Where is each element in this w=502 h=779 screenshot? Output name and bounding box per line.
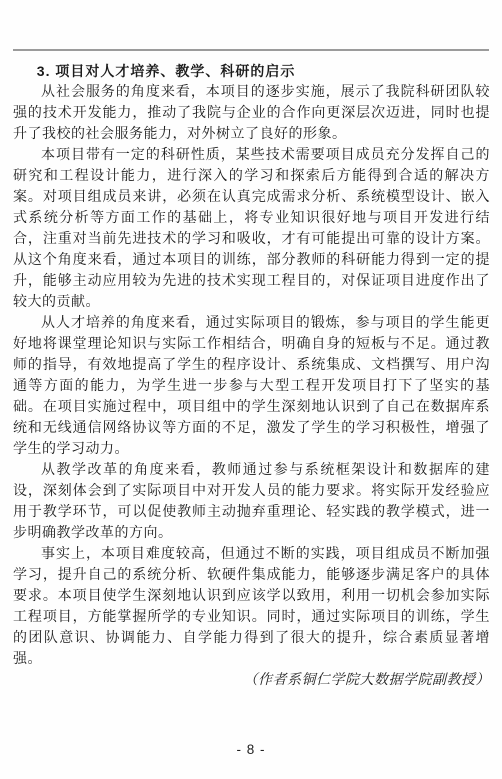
paragraph-teaching-reform: 从教学改革的角度来看，教师通过参与系统框架设计和数据库的建设，深刻体会到了实际项…	[13, 460, 490, 544]
header-divider-rule	[13, 49, 489, 51]
paragraph-research-nature: 本项目带有一定的科研性质，某些技术需要项目成员充分发挥自己的研究和工程设计能力，…	[13, 145, 490, 313]
section-heading: 3. 项目对人才培养、教学、科研的启示	[13, 61, 490, 82]
paragraph-talent-training: 从人才培养的角度来看，通过实际项目的锻炼，参与项目的学生能更好地将课堂理论知识与…	[13, 313, 490, 460]
document-page: 3. 项目对人才培养、教学、科研的启示 从社会服务的角度来看，本项目的逐步实施，…	[0, 0, 502, 779]
author-attribution: （作者系铜仁学院大数据学院副教授）	[13, 670, 490, 691]
paragraph-conclusion: 事实上，本项目难度较高，但通过不断的实践，项目组成员不断加强学习，提升自己的系统…	[13, 544, 490, 670]
article-body: 3. 项目对人才培养、教学、科研的启示 从社会服务的角度来看，本项目的逐步实施，…	[13, 61, 490, 691]
paragraph-social-service: 从社会服务的角度来看，本项目的逐步实施，展示了我院科研团队较强的技术开发能力，推…	[13, 82, 490, 145]
page-number: - 8 -	[0, 742, 502, 757]
